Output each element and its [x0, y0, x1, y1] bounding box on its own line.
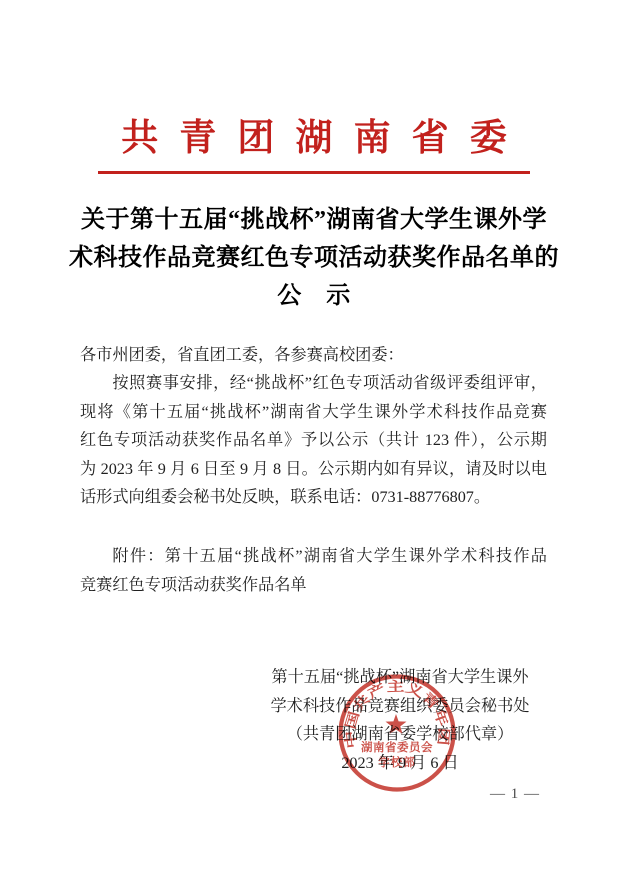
page-number: — 1 — — [0, 786, 628, 803]
body-paragraph-line: 红色专项活动获奖作品名单》予以公示（共计 123 件），公示期 — [80, 426, 547, 454]
attachment-line: 竞赛红色专项活动获奖作品名单 — [80, 571, 547, 599]
document-title-line-3: 公 示 — [0, 277, 628, 315]
attachment-line: 附件：第十五届“挑战杯”湖南省大学生课外学术科技作品 — [80, 542, 547, 570]
body-paragraph-line: 现将《第十五届“挑战杯”湖南省大学生课外学术科技作品竞赛 — [80, 398, 547, 426]
signature-block: 第十五届“挑战杯”湖南省大学生课外 学术科技作品竞赛组织委员会秘书处 （共青团湖… — [245, 663, 555, 777]
body-paragraph-line: 按照赛事安排，经“挑战杯”红色专项活动省级评委组评审， — [80, 369, 547, 397]
salutation-line: 各市州团委，省直团工委，各参赛高校团委： — [80, 341, 547, 369]
signature-line: （共青团湖南省委学校部代章） — [245, 720, 555, 749]
red-separator-line — [98, 171, 530, 174]
signature-line: 学术科技作品竞赛组织委员会秘书处 — [245, 692, 555, 721]
document-title-line-2: 术科技作品竞赛红色专项活动获奖作品名单的 — [0, 239, 628, 277]
signature-line: 第十五届“挑战杯”湖南省大学生课外 — [245, 663, 555, 692]
signature-date: 2023 年 9 月 6 日 — [245, 749, 555, 778]
attachment-note: 附件：第十五届“挑战杯”湖南省大学生课外学术科技作品 竞赛红色专项活动获奖作品名… — [0, 542, 628, 599]
body-paragraph-line: 话形式向组委会秘书处反映，联系电话：0731-88776807。 — [80, 483, 547, 511]
body-paragraph-line: 为 2023 年 9 月 6 日至 9 月 8 日。公示期内如有异议，请及时以电 — [80, 455, 547, 483]
document-body: 各市州团委，省直团工委，各参赛高校团委： 按照赛事安排，经“挑战杯”红色专项活动… — [0, 341, 628, 511]
document-title-line-1: 关于第十五届“挑战杯”湖南省大学生课外学 — [0, 201, 628, 239]
document-page: 共青团湖南省委 关于第十五届“挑战杯”湖南省大学生课外学 术科技作品竞赛红色专项… — [0, 0, 628, 888]
document-title: 关于第十五届“挑战杯”湖南省大学生课外学 术科技作品竞赛红色专项活动获奖作品名单… — [0, 201, 628, 315]
issuing-org-title: 共青团湖南省委 — [0, 119, 628, 159]
